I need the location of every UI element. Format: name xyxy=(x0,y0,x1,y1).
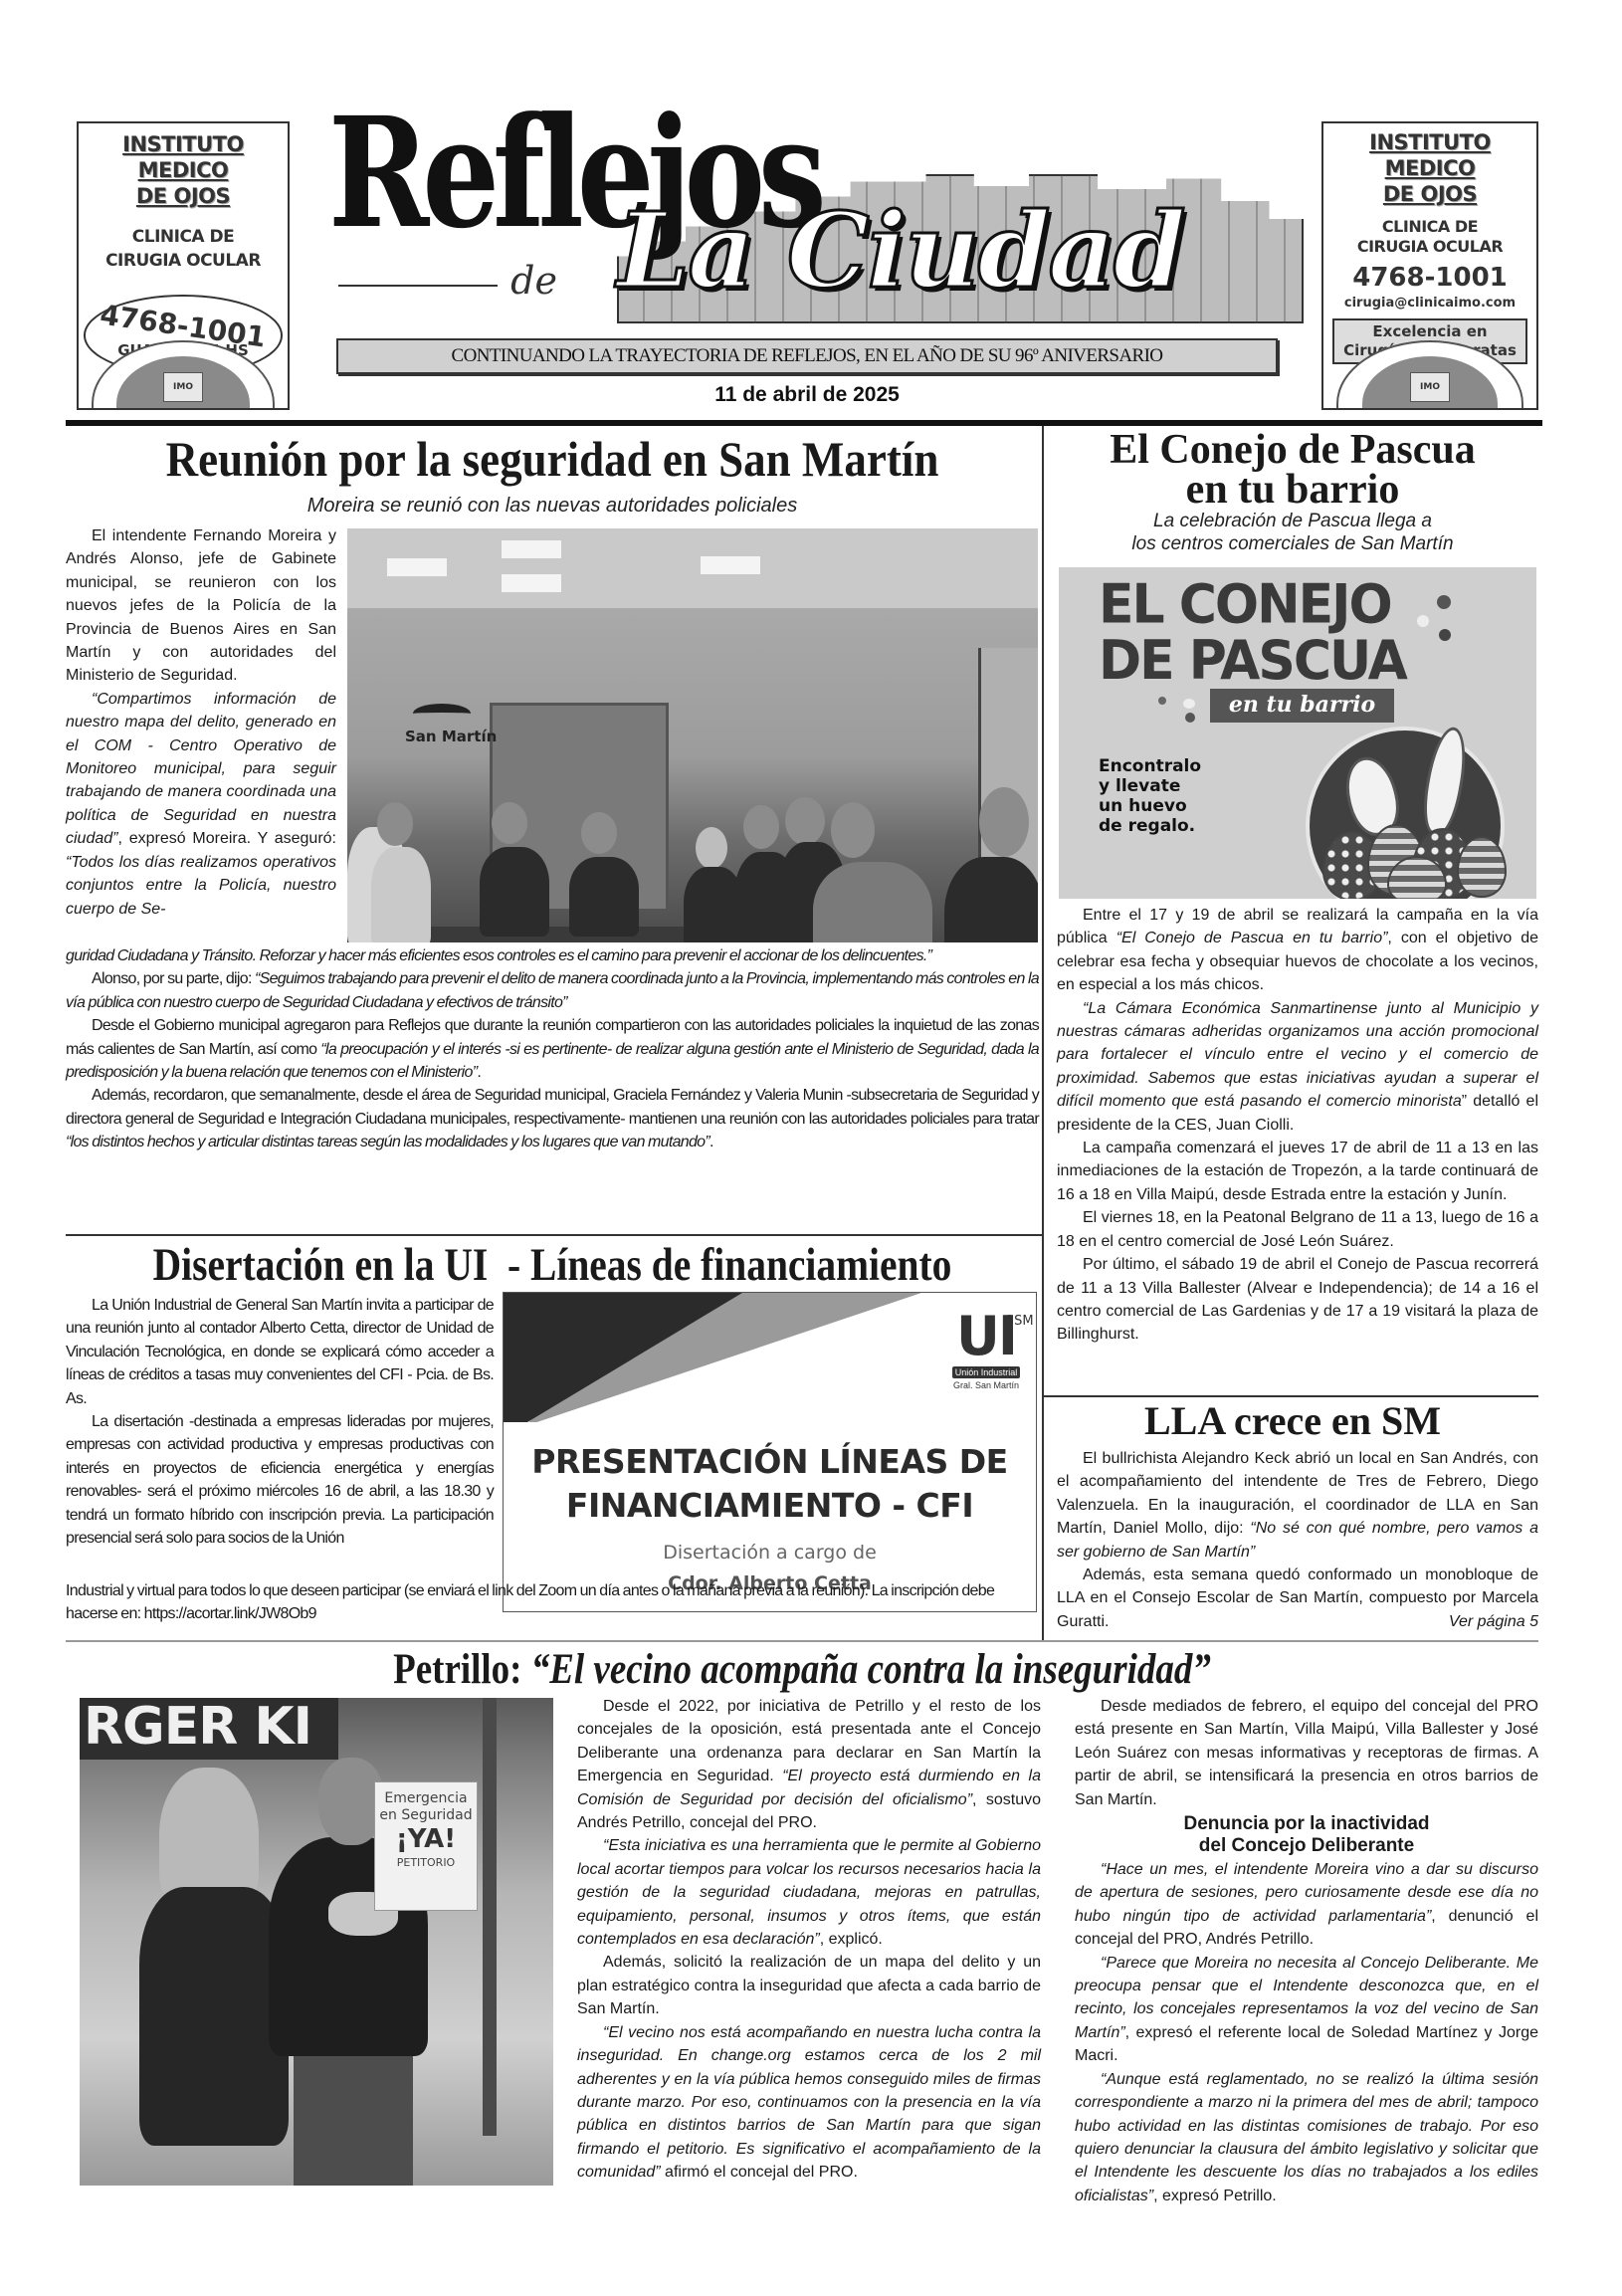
paragraph: “El vecino nos está acompañando en nuest… xyxy=(577,2021,1041,2185)
ad-title-line2: DE OJOS xyxy=(1323,181,1536,207)
ad-line3: CLINICA DE xyxy=(1323,217,1536,237)
article-lla-headline: LLA crece en SM xyxy=(1047,1401,1538,1441)
emergency-placard: Emergencia en Seguridad ¡YA! PETITORIO xyxy=(374,1781,478,1911)
ad-title-line1: INSTITUTO MEDICO xyxy=(79,131,288,183)
article-lla-body: El bullrichista Alejandro Keck abrió un … xyxy=(1057,1447,1538,1633)
paragraph: Desde mediados de febrero, el equipo del… xyxy=(1075,1695,1538,1811)
article-seguridad-body: guridad Ciudadana y Tránsito. Reforzar y… xyxy=(66,944,1039,1154)
masthead-tagline: CONTINUANDO LA TRAYECTORIA DE REFLEJOS, … xyxy=(336,338,1278,374)
paragraph: Industrial y virtual para todos lo que d… xyxy=(66,1579,1039,1626)
paragraph: Además, esta semana quedó conformado un … xyxy=(1057,1564,1538,1633)
paragraph: “La Cámara Económica Sanmartinense junto… xyxy=(1057,997,1538,1137)
petrillo-photo: RGER KI Emergencia en Seguridad ¡YA! PET… xyxy=(80,1698,553,2186)
article-seguridad-column: El intendente Fernando Moreira y Andrés … xyxy=(66,524,336,921)
paragraph: “Compartimos información de nuestro mapa… xyxy=(66,688,336,921)
article-pascua-subhead: La celebración de Pascua llega a los cen… xyxy=(1047,510,1538,555)
section-rule xyxy=(66,1640,1538,1642)
masthead-rule xyxy=(66,420,1542,426)
article-seguridad-subhead: Moreira se reunió con las nuevas autorid… xyxy=(66,494,1039,518)
article-pascua-headline: El Conejo de Pascua en tu barrio xyxy=(1047,430,1538,510)
ad-line3: CLINICA DE xyxy=(79,225,288,249)
paragraph: Desde el Gobierno municipal agregaron pa… xyxy=(66,1014,1039,1084)
article-pascua-body: Entre el 17 y 19 de abril se realizará l… xyxy=(1057,904,1538,1347)
san-martin-logo-icon xyxy=(413,704,471,724)
paragraph: Además, recordaron, que semanalmente, de… xyxy=(66,1084,1039,1153)
paragraph: guridad Ciudadana y Tránsito. Reforzar y… xyxy=(66,944,1039,967)
photo-brand-label: San Martín xyxy=(405,728,497,745)
ad-line4: CIRUGIA OCULAR xyxy=(1323,237,1536,257)
confetti-icon xyxy=(1437,595,1451,609)
ad-banner: en tu barrio xyxy=(1210,689,1394,723)
section-rule xyxy=(66,1234,1042,1236)
paragraph: La Unión Industrial de General San Martí… xyxy=(66,1294,494,1410)
ad-title-line2: DE OJOS xyxy=(79,183,288,209)
ad-phone: 4768-1001 xyxy=(1323,261,1536,295)
article-petrillo-column-1: Desde el 2022, por iniciativa de Petrill… xyxy=(577,1695,1041,2185)
imo-logo-icon: IMO xyxy=(1323,340,1536,408)
paragraph: La campaña comenzará el jueves 17 de abr… xyxy=(1057,1137,1538,1206)
paragraph: El intendente Fernando Moreira y Andrés … xyxy=(66,524,336,688)
paragraph: Desde el 2022, por iniciativa de Petrill… xyxy=(577,1695,1041,1834)
meeting-photo: San Martín xyxy=(347,528,1038,942)
article-disertacion-column: La Unión Industrial de General San Martí… xyxy=(66,1294,494,1550)
paragraph: “Aunque está reglamentado, no se realizó… xyxy=(1075,2068,1538,2207)
ad-title: EL CONEJO DE PASCUA xyxy=(1099,576,1406,689)
ad-tagline: Encontralo y llevate un huevo de regalo. xyxy=(1099,756,1201,836)
section-rule xyxy=(1044,1395,1538,1397)
newspaper-logo: Reflejos de La Ciudad xyxy=(328,114,1294,343)
article-petrillo-subhead: Denuncia por la inactividad del Concejo … xyxy=(1075,1813,1538,1857)
article-disertacion-tail: Industrial y virtual para todos lo que d… xyxy=(66,1579,1039,1626)
paragraph: El viernes 18, en la Peatonal Belgrano d… xyxy=(1057,1206,1538,1253)
paragraph: “Hace un mes, el intendente Moreira vino… xyxy=(1075,1858,1538,1952)
paragraph: Alonso, por su parte, dijo: “Seguimos tr… xyxy=(66,967,1039,1014)
logo-la-ciudad: La Ciudad xyxy=(617,199,1183,303)
see-page-link[interactable]: Ver página 5 xyxy=(1423,1610,1538,1633)
article-petrillo-column-2: Desde mediados de febrero, el equipo del… xyxy=(1075,1695,1538,2207)
issue-date: 11 de abril de 2025 xyxy=(336,383,1278,407)
easter-egg-icon xyxy=(1457,836,1507,898)
pascua-ad: EL CONEJO DE PASCUA en tu barrio Encontr… xyxy=(1059,567,1536,899)
paragraph: Entre el 17 y 19 de abril se realizará l… xyxy=(1057,904,1538,997)
article-seguridad-headline: Reunión por la seguridad en San Martín xyxy=(114,434,990,484)
paragraph: Por último, el sábado 19 de abril el Con… xyxy=(1057,1253,1538,1347)
ad-email: cirugia@clinicaimo.com xyxy=(1323,295,1536,313)
storefront-sign: RGER KI xyxy=(80,1698,338,1760)
article-disertacion-headline: Disertación en la UI - Líneas de financi… xyxy=(143,1242,961,1289)
paragraph: “Parece que Moreira no necesita al Conce… xyxy=(1075,1952,1538,2068)
logo-de: de xyxy=(328,259,557,303)
paragraph: El bullrichista Alejandro Keck abrió un … xyxy=(1057,1447,1538,1564)
column-divider xyxy=(1042,426,1044,1640)
left-eye-clinic-ad: INSTITUTO MEDICO DE OJOS CLINICA DE CIRU… xyxy=(77,121,290,410)
ad-subtitle: Disertación a cargo de xyxy=(504,1542,1036,1564)
ad-title: PRESENTACIÓN LÍNEAS DE FINANCIAMIENTO - … xyxy=(504,1440,1036,1528)
article-petrillo-headline: Petrillo: “El vecino acompaña contra la … xyxy=(169,1648,1436,1691)
ad-line4: CIRUGIA OCULAR xyxy=(79,249,288,273)
paragraph: “Esta iniciativa es una herramienta que … xyxy=(577,1834,1041,1951)
ui-financing-ad: UI GSM Unión Industrial Gral. San Martín… xyxy=(503,1292,1037,1612)
ui-gsm-logo: UI GSM Unión Industrial Gral. San Martín xyxy=(950,1311,1022,1390)
right-eye-clinic-ad: INSTITUTO MEDICO DE OJOS CLINICA DE CIRU… xyxy=(1321,121,1538,410)
ad-title-line1: INSTITUTO MEDICO xyxy=(1323,129,1536,181)
paragraph: Además, solicitó la realización de un ma… xyxy=(577,1951,1041,2020)
paragraph: La disertación -destinada a empresas lid… xyxy=(66,1410,494,1550)
imo-logo-icon: IMO xyxy=(79,340,288,408)
